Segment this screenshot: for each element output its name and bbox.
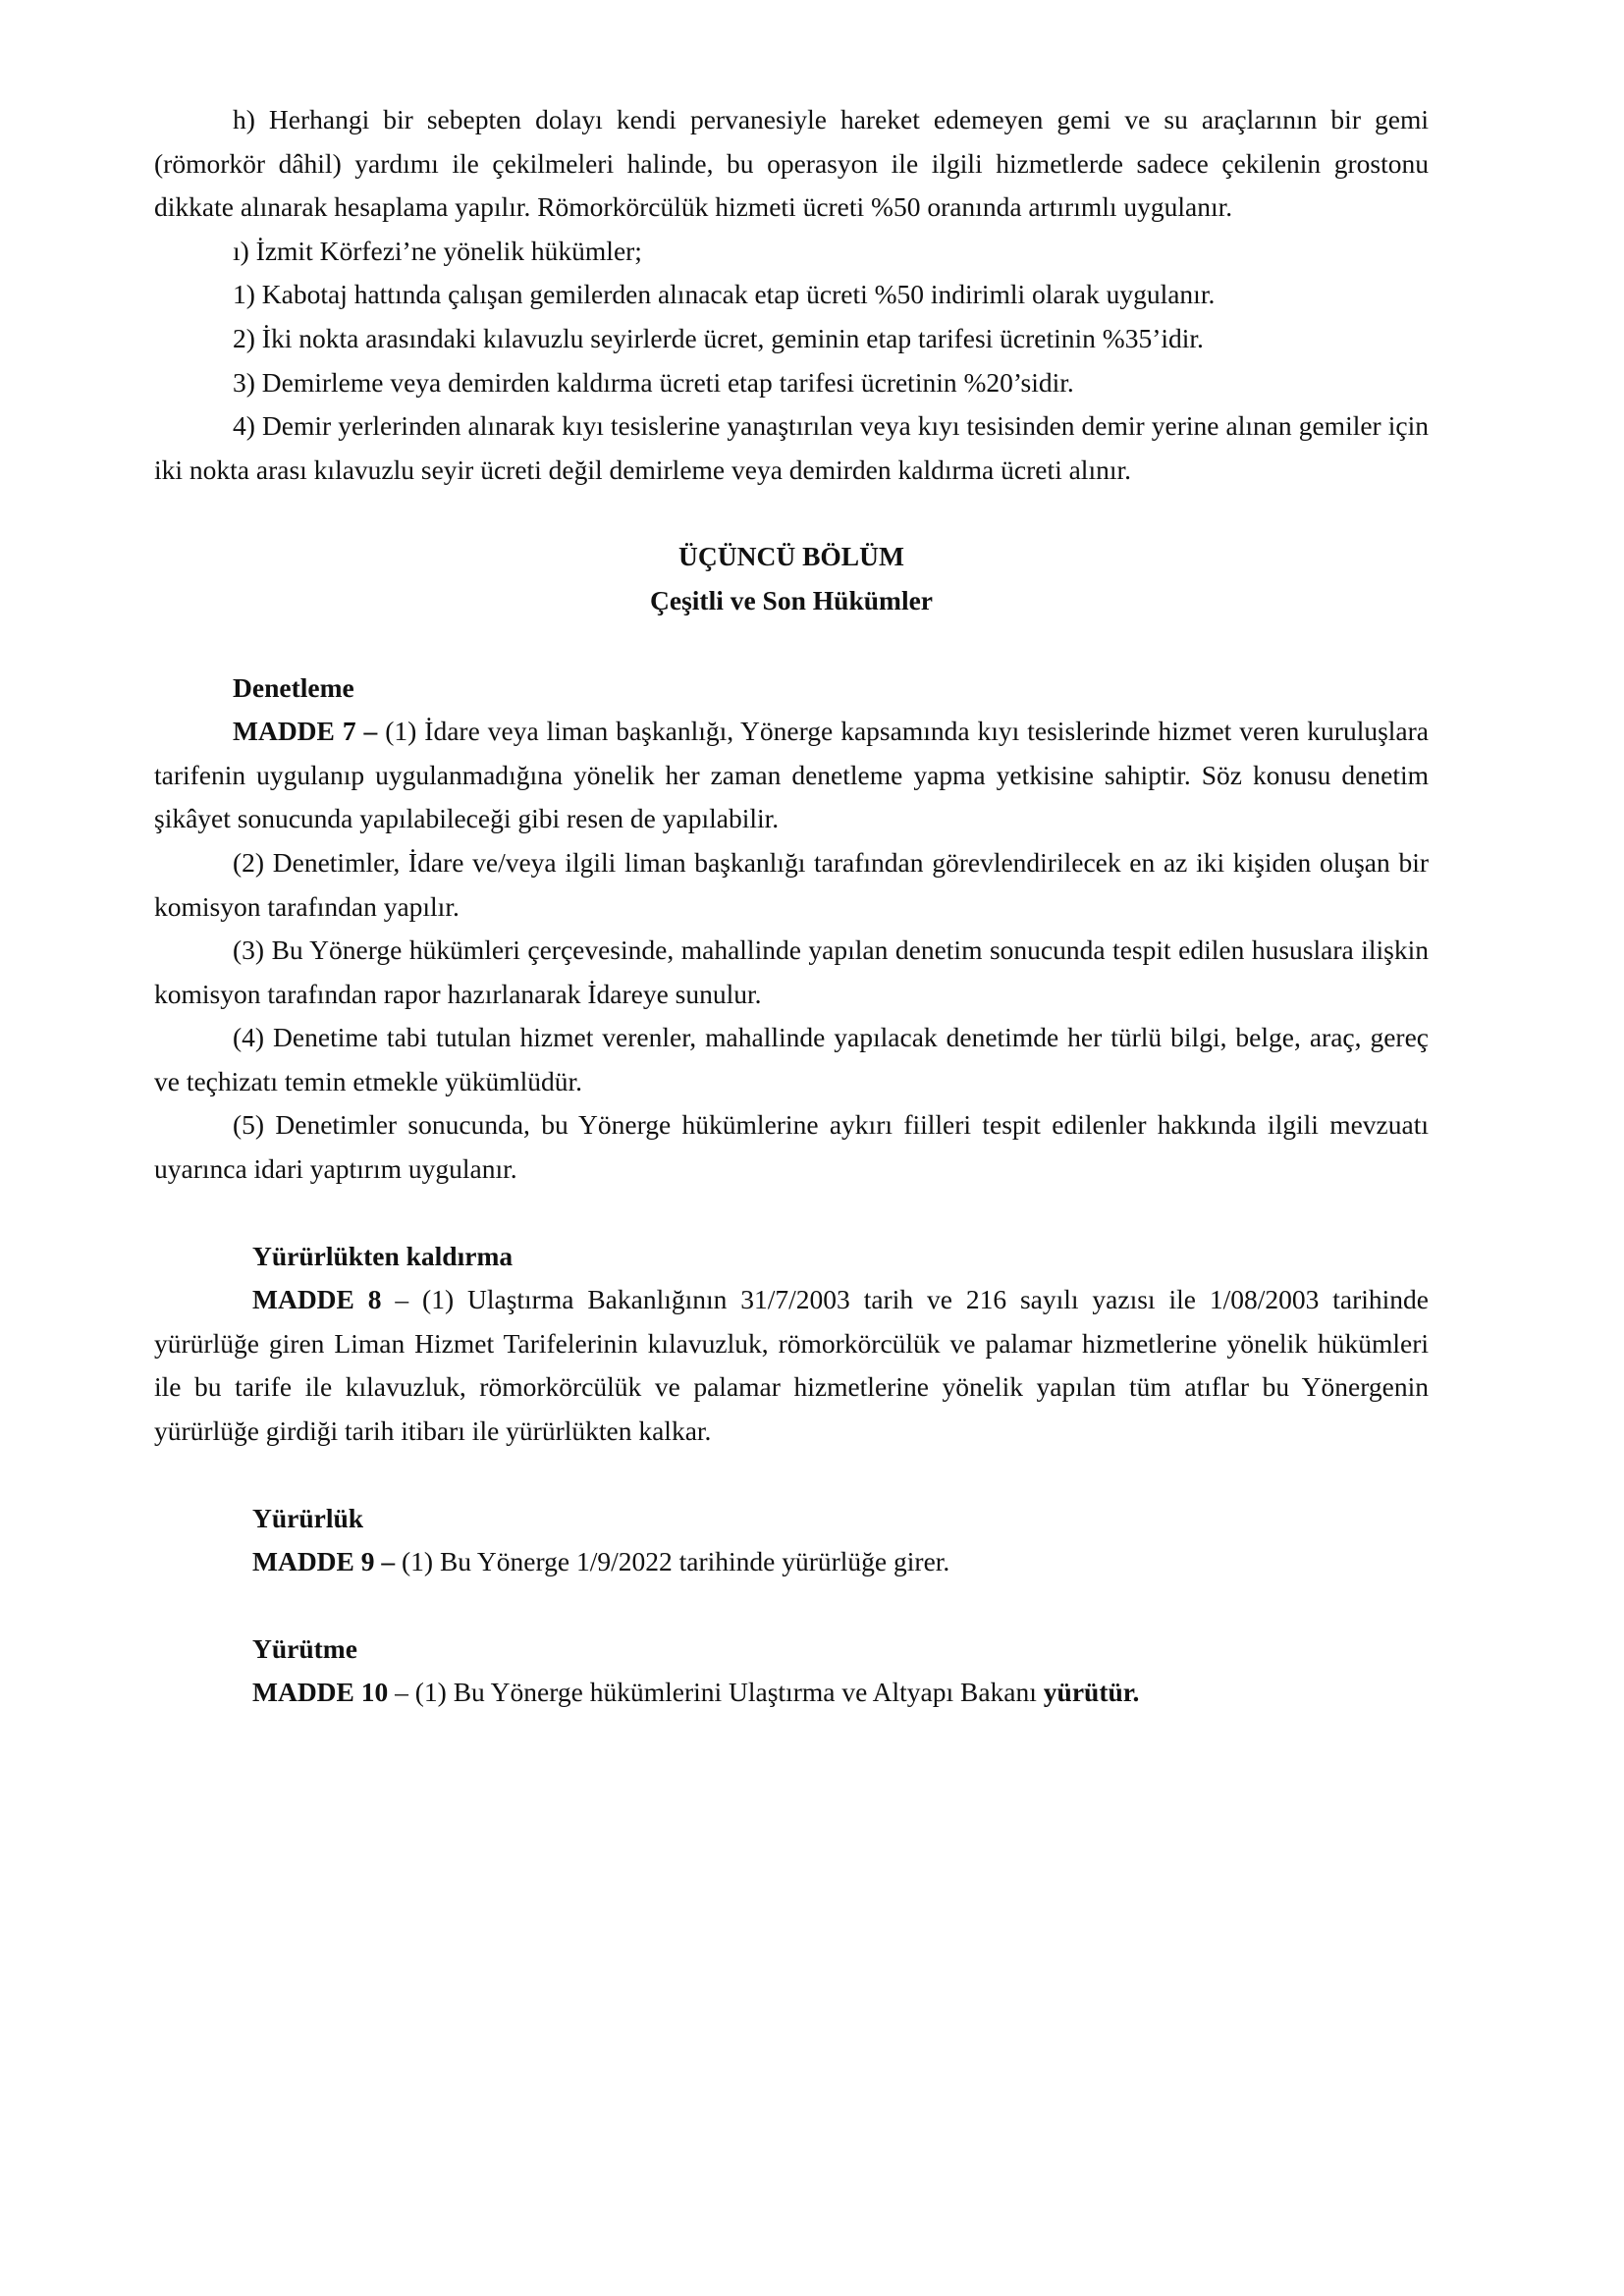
document-page: h) Herhangi bir sebepten dolayı kendi pe… <box>154 98 1429 1715</box>
madde7-p4: (4) Denetime tabi tutulan hizmet verenle… <box>154 1016 1429 1103</box>
paragraph-i-1: 1) Kabotaj hattında çalışan gemilerden a… <box>154 273 1429 317</box>
madde10-heading: Yürütme <box>154 1628 1429 1672</box>
section-title: ÜÇÜNCÜ BÖLÜM <box>154 535 1429 579</box>
madde8-heading: Yürürlükten kaldırma <box>154 1235 1429 1279</box>
paragraph-i-2: 2) İki nokta arasındaki kılavuzlu seyirl… <box>154 317 1429 361</box>
madde7-label: MADDE 7 – <box>233 716 377 746</box>
madde7-p5: (5) Denetimler sonucunda, bu Yönerge hük… <box>154 1103 1429 1191</box>
madde7-p1: MADDE 7 – (1) İdare veya liman başkanlığ… <box>154 710 1429 841</box>
paragraph-i-3: 3) Demirleme veya demirden kaldırma ücre… <box>154 361 1429 405</box>
madde8-label: MADDE 8 <box>252 1284 382 1314</box>
madde9-heading: Yürürlük <box>154 1497 1429 1541</box>
madde8-p1: MADDE 8 – (1) Ulaştırma Bakanlığının 31/… <box>154 1278 1429 1453</box>
paragraph-i-4: 4) Demir yerlerinden alınarak kıyı tesis… <box>154 404 1429 492</box>
madde9-p1: MADDE 9 – (1) Bu Yönerge 1/9/2022 tarihi… <box>154 1540 1429 1584</box>
madde9-label: MADDE 9 – <box>252 1546 395 1576</box>
section-subtitle: Çeşitli ve Son Hükümler <box>154 579 1429 623</box>
madde7-p3: (3) Bu Yönerge hükümleri çerçevesinde, m… <box>154 929 1429 1016</box>
madde7-p2: (2) Denetimler, İdare ve/veya ilgili lim… <box>154 841 1429 929</box>
paragraph-i: ı) İzmit Körfezi’ne yönelik hükümler; <box>154 230 1429 274</box>
madde10-p1: MADDE 10 – (1) Bu Yönerge hükümlerini Ul… <box>154 1671 1429 1715</box>
paragraph-h: h) Herhangi bir sebepten dolayı kendi pe… <box>154 98 1429 230</box>
madde10-label: MADDE 10 <box>252 1677 388 1707</box>
madde7-heading: Denetleme <box>154 667 1429 711</box>
